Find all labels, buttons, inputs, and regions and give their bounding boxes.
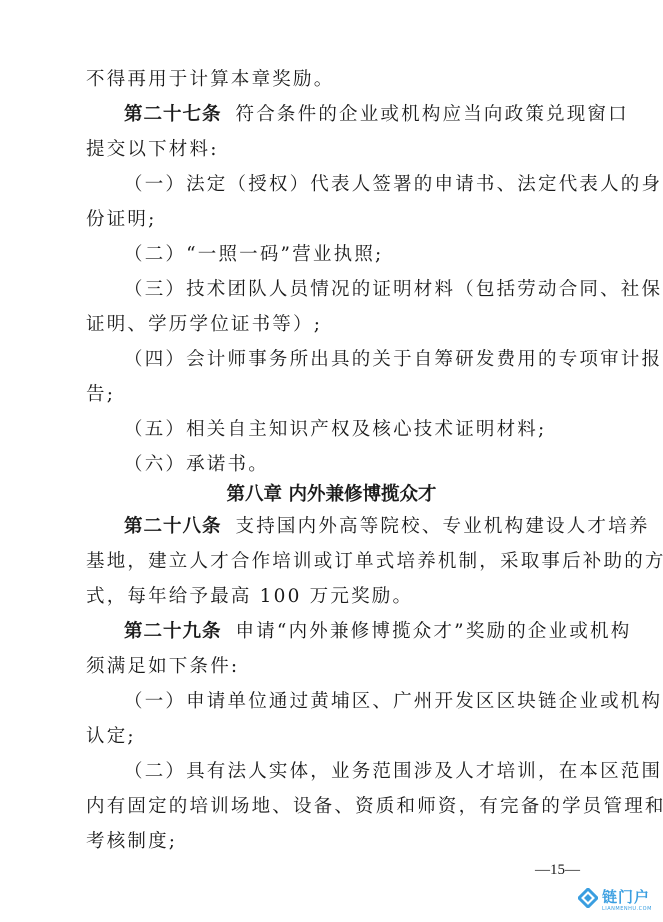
chain-logo-icon — [578, 888, 598, 908]
paragraph-line: 提交以下材料: — [86, 138, 580, 162]
list-item-line: （三）技术团队人员情况的证明材料（包括劳动合同、社保 — [124, 278, 580, 302]
list-item-line: （二）具有法人实体，业务范围涉及人才培训，在本区范围 — [124, 760, 580, 784]
list-item-line: （二）“一照一码”营业执照; — [124, 243, 580, 267]
document-page: 不得再用于计算本章奖励。 第二十七条符合条件的企业或机构应当向政策兑现窗口 提交… — [0, 0, 663, 922]
list-item-line: （五）相关自主知识产权及核心技术证明材料; — [124, 418, 580, 442]
paragraph-line: 告; — [86, 383, 580, 407]
list-item-line: （一）申请单位通过黄埔区、广州开发区区块链企业或机构 — [124, 690, 580, 714]
page-number: —15— — [535, 862, 580, 879]
article-number: 第二十七条 — [124, 104, 222, 125]
list-item-line: （四）会计师事务所出具的关于自筹研发费用的专项审计报 — [124, 348, 580, 372]
paragraph-line: 考核制度; — [86, 830, 580, 854]
article-29-line: 第二十九条申请“内外兼修博揽众才”奖励的企业或机构 — [124, 620, 580, 644]
paragraph-line: 认定; — [86, 725, 580, 749]
paragraph-line: 份证明; — [86, 208, 580, 232]
paragraph-line: 内有固定的培训场地、设备、资质和师资，有完备的学员管理和 — [86, 795, 580, 819]
article-28-line: 第二十八条支持国内外高等院校、专业机构建设人才培养 — [124, 515, 580, 539]
watermark-name: 链门户 — [602, 886, 650, 907]
article-27-line: 第二十七条符合条件的企业或机构应当向政策兑现窗口 — [124, 103, 580, 127]
list-item-line: （一）法定（授权）代表人签署的申请书、法定代表人的身 — [124, 173, 580, 197]
paragraph-line: 基地，建立人才合作培训或订单式培养机制，采取事后补助的方 — [86, 550, 580, 574]
article-number: 第二十九条 — [124, 621, 222, 642]
article-text: 支持国内外高等院校、专业机构建设人才培养 — [236, 516, 650, 537]
paragraph-line: 不得再用于计算本章奖励。 — [86, 68, 580, 92]
article-text: 申请“内外兼修博揽众才”奖励的企业或机构 — [236, 621, 632, 642]
chapter-heading: 第八章 内外兼修博揽众才 — [0, 480, 663, 506]
paragraph-line: 证明、学历学位证书等）; — [86, 313, 580, 337]
paragraph-line: 式，每年给予最高 100 万元奖励。 — [86, 585, 580, 609]
article-number: 第二十八条 — [124, 516, 222, 537]
article-text: 符合条件的企业或机构应当向政策兑现窗口 — [236, 104, 629, 125]
list-item-line: （六）承诺书。 — [124, 453, 580, 477]
watermark-logo: 链门户 LIANMENHU.COM — [578, 884, 660, 918]
paragraph-line: 须满足如下条件: — [86, 655, 580, 679]
watermark-domain: LIANMENHU.COM — [602, 906, 652, 912]
